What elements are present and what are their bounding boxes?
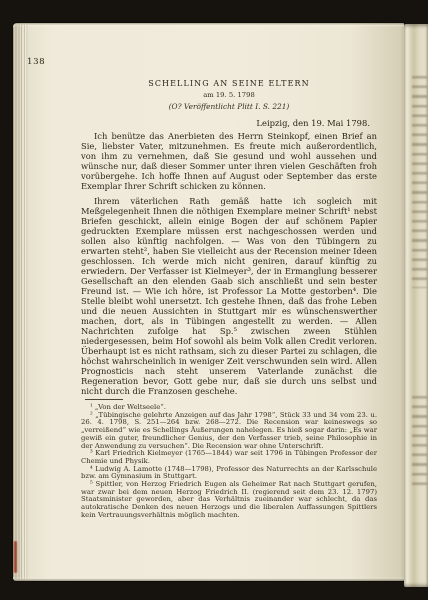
- footnote: ² „Tübingische gelehrte Anzeigen auf das…: [81, 412, 377, 451]
- book-page: 138 SCHELLING AN SEINE ELTERN am 19. 5. …: [13, 23, 404, 581]
- footnotes: ¹ „Von der Weltseele“. ² „Tübingische ge…: [81, 404, 377, 520]
- letter-title: SCHELLING AN SEINE ELTERN: [81, 79, 377, 88]
- footnote-separator-rule: [85, 399, 123, 400]
- footnote: ⁴ Ludwig A. Lamotte (1748—1798), Profess…: [81, 466, 377, 481]
- page-edge-striations: [13, 25, 28, 579]
- letter-paragraph: Ich benütze das Anerbieten des Herrn Ste…: [81, 131, 377, 191]
- letter-paragraph: Ihrem väterlichen Rath gemäß hatte ich s…: [81, 196, 377, 396]
- letter-dateline: Leipzig, den 19. Mai 1798.: [81, 118, 377, 128]
- footnote: ³ Karl Friedrich Kielmeyer (1765—1844) w…: [81, 450, 377, 465]
- book-scan: 138 SCHELLING AN SEINE ELTERN am 19. 5. …: [0, 0, 428, 600]
- letter-date-annotation: am 19. 5. 1798: [81, 91, 377, 99]
- letter-source-annotation: (O? Veröffentlicht Plitt I. S. 221): [81, 102, 377, 111]
- letter-heading: SCHELLING AN SEINE ELTERN am 19. 5. 1798…: [81, 79, 377, 111]
- page-number: 138: [27, 57, 45, 67]
- footnote: ⁵ Spittler, von Herzog Friedrich Eugen a…: [81, 481, 377, 520]
- cover-red-edge: [14, 541, 17, 573]
- letter-body: Ich benütze das Anerbieten des Herrn Ste…: [81, 131, 377, 401]
- facing-page-blurred-text: [412, 396, 427, 492]
- facing-page-blurred-text: [412, 76, 427, 288]
